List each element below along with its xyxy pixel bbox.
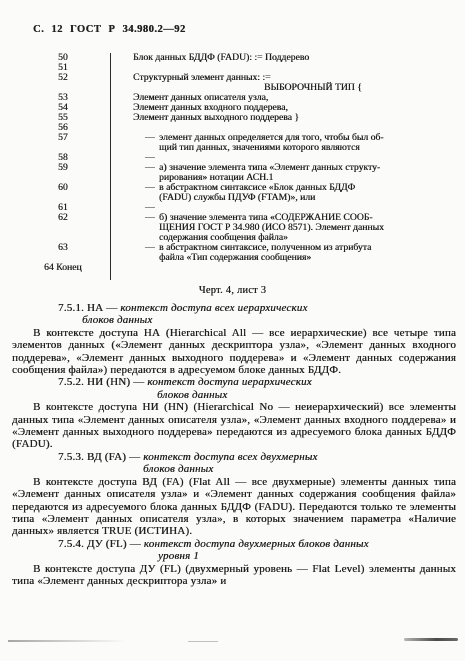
page-content: 50 Блок данных БДДФ (FADU): := Поддерево… <box>0 53 465 587</box>
section-number: 7.5.1. НА — <box>58 302 120 314</box>
section-subtitle: уровня 1 <box>158 550 456 562</box>
listing-text: Элемент данных выходного поддерева } <box>133 113 448 123</box>
listing-row: 59 — а) значение элемента типа «Элемент … <box>44 163 448 183</box>
listing-row: 52 Структурный элемент данных: := <box>44 73 448 83</box>
dash-marker: — <box>145 213 159 243</box>
section-7-5-4: 7.5.4. ДУ (FL) — контекст доступа двухме… <box>12 538 456 588</box>
section-subtitle: блоков данных <box>157 389 456 401</box>
paragraph: В контексте доступа ВД (FA) (Flat All — … <box>12 476 456 538</box>
body-text: 7.5.1. НА — контекст доступа всех иерарх… <box>12 302 456 587</box>
scan-artifact <box>8 640 126 642</box>
line-number: 58 <box>44 153 110 163</box>
line-number <box>44 83 110 93</box>
line-number: 56 <box>44 123 110 133</box>
scan-artifact <box>404 638 458 641</box>
line-number: 50 <box>44 53 110 63</box>
listing-text: (FADU) службы ПДУФ (FTAM)», или <box>159 193 448 203</box>
section-subtitle: блоков данных <box>143 463 456 475</box>
paragraph: В контексте доступа ДУ (FL) (двухмерный … <box>12 563 456 588</box>
section-number: 7.5.4. ДУ (FL) — <box>58 538 144 550</box>
document-page: С. 12 ГОСТ Р 34.980.2—92 50 Блок данных … <box>0 0 465 661</box>
listing-text: щий тип данных, значениями которого явля… <box>159 143 448 153</box>
dash-marker: — <box>145 133 159 153</box>
listing-row: 60 — в абстрактном синтаксисе «Блок данн… <box>44 183 448 203</box>
listing-row: 63 — в абстрактном синтаксисе, полученно… <box>44 243 448 263</box>
figure-caption: Черт. 4, лист 3 <box>0 285 465 296</box>
section-7-5-1: 7.5.1. НА — контекст доступа всех иерарх… <box>12 302 456 376</box>
listing-row: 62 — б) значение элемента типа «СОДЕРЖАН… <box>44 213 448 243</box>
section-7-5-2: 7.5.2. НИ (HN) — контекст доступа иерарх… <box>12 376 456 450</box>
section-heading: 7.5.2. НИ (HN) — контекст доступа иерарх… <box>12 376 456 388</box>
section-heading: 7.5.1. НА — контекст доступа всех иерарх… <box>12 302 456 314</box>
line-number: 63 <box>44 243 110 263</box>
code-listing: 50 Блок данных БДДФ (FADU): := Поддерево… <box>44 53 448 280</box>
paragraph: В контексте доступа НИ (HN) (Hierarchica… <box>12 401 456 451</box>
line-number: 57 <box>44 133 110 153</box>
dash-marker: — <box>145 163 159 183</box>
line-number: 61 <box>44 203 110 213</box>
listing-row: 57 — элемент данных определяется для тог… <box>44 133 448 153</box>
line-number: 60 <box>44 183 110 203</box>
listing-text: ВЫБОРОЧНЫЙ ТИП { <box>264 83 448 93</box>
section-title: контекст доступа всех двухмерных <box>143 451 317 463</box>
dash-marker: — <box>145 243 159 263</box>
paragraph: В контексте доступа НА (Hierarchical All… <box>12 327 456 377</box>
listing-row: 64 Конец <box>44 263 448 280</box>
line-number: 51 <box>44 63 110 73</box>
section-title: контекст доступа всех иерархических <box>120 302 307 314</box>
line-number: 53 <box>44 93 110 103</box>
listing-text: Блок данных БДДФ (FADU): := Поддерево <box>133 53 448 63</box>
section-title: контекст доступа иерархических <box>147 376 312 388</box>
section-heading: 7.5.4. ДУ (FL) — контекст доступа двухме… <box>12 538 456 550</box>
line-number: 52 <box>44 73 110 83</box>
section-7-5-3: 7.5.3. ВД (FA) — контекст доступа всех д… <box>12 451 456 538</box>
line-number: 64 Конец <box>44 263 110 280</box>
line-number: 59 <box>44 163 110 183</box>
section-heading: 7.5.3. ВД (FA) — контекст доступа всех д… <box>12 451 456 463</box>
listing-text: файла «Тип содержания сообщения» <box>159 253 448 263</box>
section-subtitle: блоков данных <box>82 314 456 326</box>
dash-marker: — <box>145 183 159 203</box>
line-number: 55 <box>44 113 110 123</box>
line-number: 62 <box>44 213 110 243</box>
line-number: 54 <box>44 103 110 113</box>
listing-row: 55 Элемент данных выходного поддерева } <box>44 113 448 123</box>
scan-artifact <box>188 641 218 642</box>
page-header: С. 12 ГОСТ Р 34.980.2—92 <box>33 24 186 35</box>
section-number: 7.5.2. НИ (HN) — <box>58 376 147 388</box>
section-number: 7.5.3. ВД (FA) — <box>58 451 143 463</box>
section-title: контекст доступа двухмерных блоков данны… <box>144 538 369 550</box>
listing-row: 50 Блок данных БДДФ (FADU): := Поддерево <box>44 53 448 63</box>
